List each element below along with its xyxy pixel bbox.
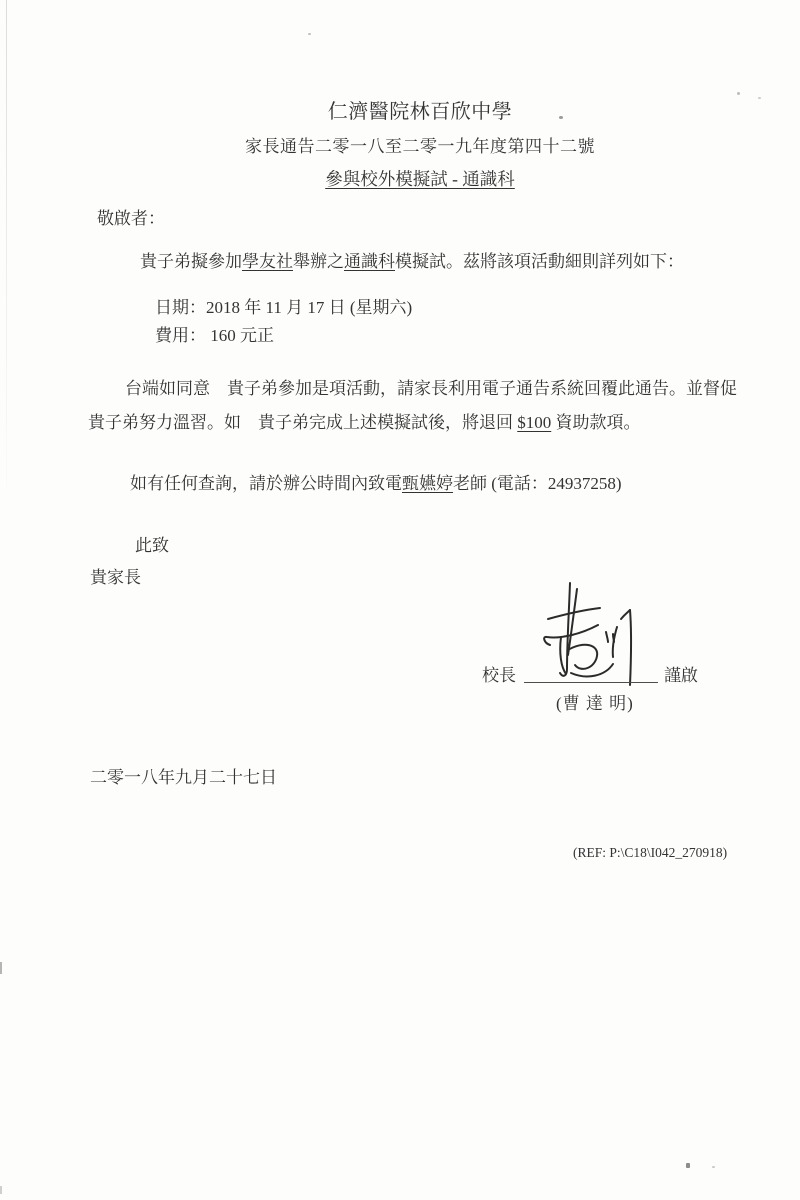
reference-code: (REF: P:\C18\I042_270918) <box>573 845 727 861</box>
issue-date: 二零一八年九月二十七日 <box>90 763 277 788</box>
signature-role-label: 校長 <box>482 661 516 686</box>
intro-paragraph: 貴子弟擬參加學友社舉辦之通識科模擬試。茲將該項活動細則詳列如下： <box>140 247 684 272</box>
intro-subject: 通識科 <box>344 252 395 271</box>
inquiry-line: 如有任何查詢，請於辦公時間內致電甄嬿婷老師 (電話：24937258) <box>130 469 622 494</box>
detail-fee: 費用： 160 元正 <box>155 321 274 346</box>
closing-salute: 此致 <box>135 531 169 556</box>
salutation: 敬啟者： <box>97 204 165 229</box>
principal-signature <box>533 577 645 692</box>
school-name: 仁濟醫院林百欣中學 <box>40 95 800 124</box>
scan-speck <box>712 1166 715 1168</box>
scan-edge-artifact <box>0 962 2 974</box>
scan-edge-artifact <box>6 0 7 520</box>
line2-pre: 貴子弟努力溫習。如 貴子弟完成上述模擬試後，將退回 <box>88 413 517 432</box>
intro-mid: 舉辦之 <box>293 252 344 271</box>
inquiry-pre: 如有任何查詢，請於辦公時間內致電 <box>130 474 402 493</box>
main-paragraph-line2: 貴子弟努力溫習。如 貴子弟完成上述模擬試後，將退回 $100 資助款項。 <box>88 406 737 440</box>
scan-edge-artifact <box>0 1186 2 1194</box>
main-paragraph: 台端如同意 貴子弟參加是項活動，請家長利用電子通告系統回覆此通告。並督促 貴子弟… <box>88 372 737 440</box>
closing-recipient: 貴家長 <box>90 563 141 588</box>
signature-suffix: 謹啟 <box>664 661 698 686</box>
notice-subject: 參與校外模擬試 - 通識科 <box>40 166 800 191</box>
teacher-name: 甄嬿婷 <box>402 474 453 493</box>
inquiry-post: 老師 (電話：24937258) <box>453 474 622 493</box>
signature-line <box>524 682 658 683</box>
intro-post: 模擬試。茲將該項活動細則詳列如下： <box>395 252 684 271</box>
line2-post: 資助款項。 <box>551 413 640 432</box>
intro-organizer: 學友社 <box>242 252 293 271</box>
intro-pre: 貴子弟擬參加 <box>140 252 242 271</box>
scan-speck <box>308 33 311 35</box>
principal-name: (曹 達 明) <box>556 689 634 714</box>
notice-subject-text: 參與校外模擬試 - 通識科 <box>325 169 515 189</box>
refund-amount: $100 <box>517 413 551 432</box>
document-page: 仁濟醫院林百欣中學 家長通告二零一八至二零一九年度第四十二號 參與校外模擬試 -… <box>0 0 800 1200</box>
notice-number-line: 家長通告二零一八至二零一九年度第四十二號 <box>40 132 800 157</box>
main-paragraph-line1: 台端如同意 貴子弟參加是項活動，請家長利用電子通告系統回覆此通告。並督促 <box>88 372 737 406</box>
detail-date: 日期：2018 年 11 月 17 日 (星期六) <box>155 293 412 318</box>
scan-speck <box>686 1163 690 1168</box>
